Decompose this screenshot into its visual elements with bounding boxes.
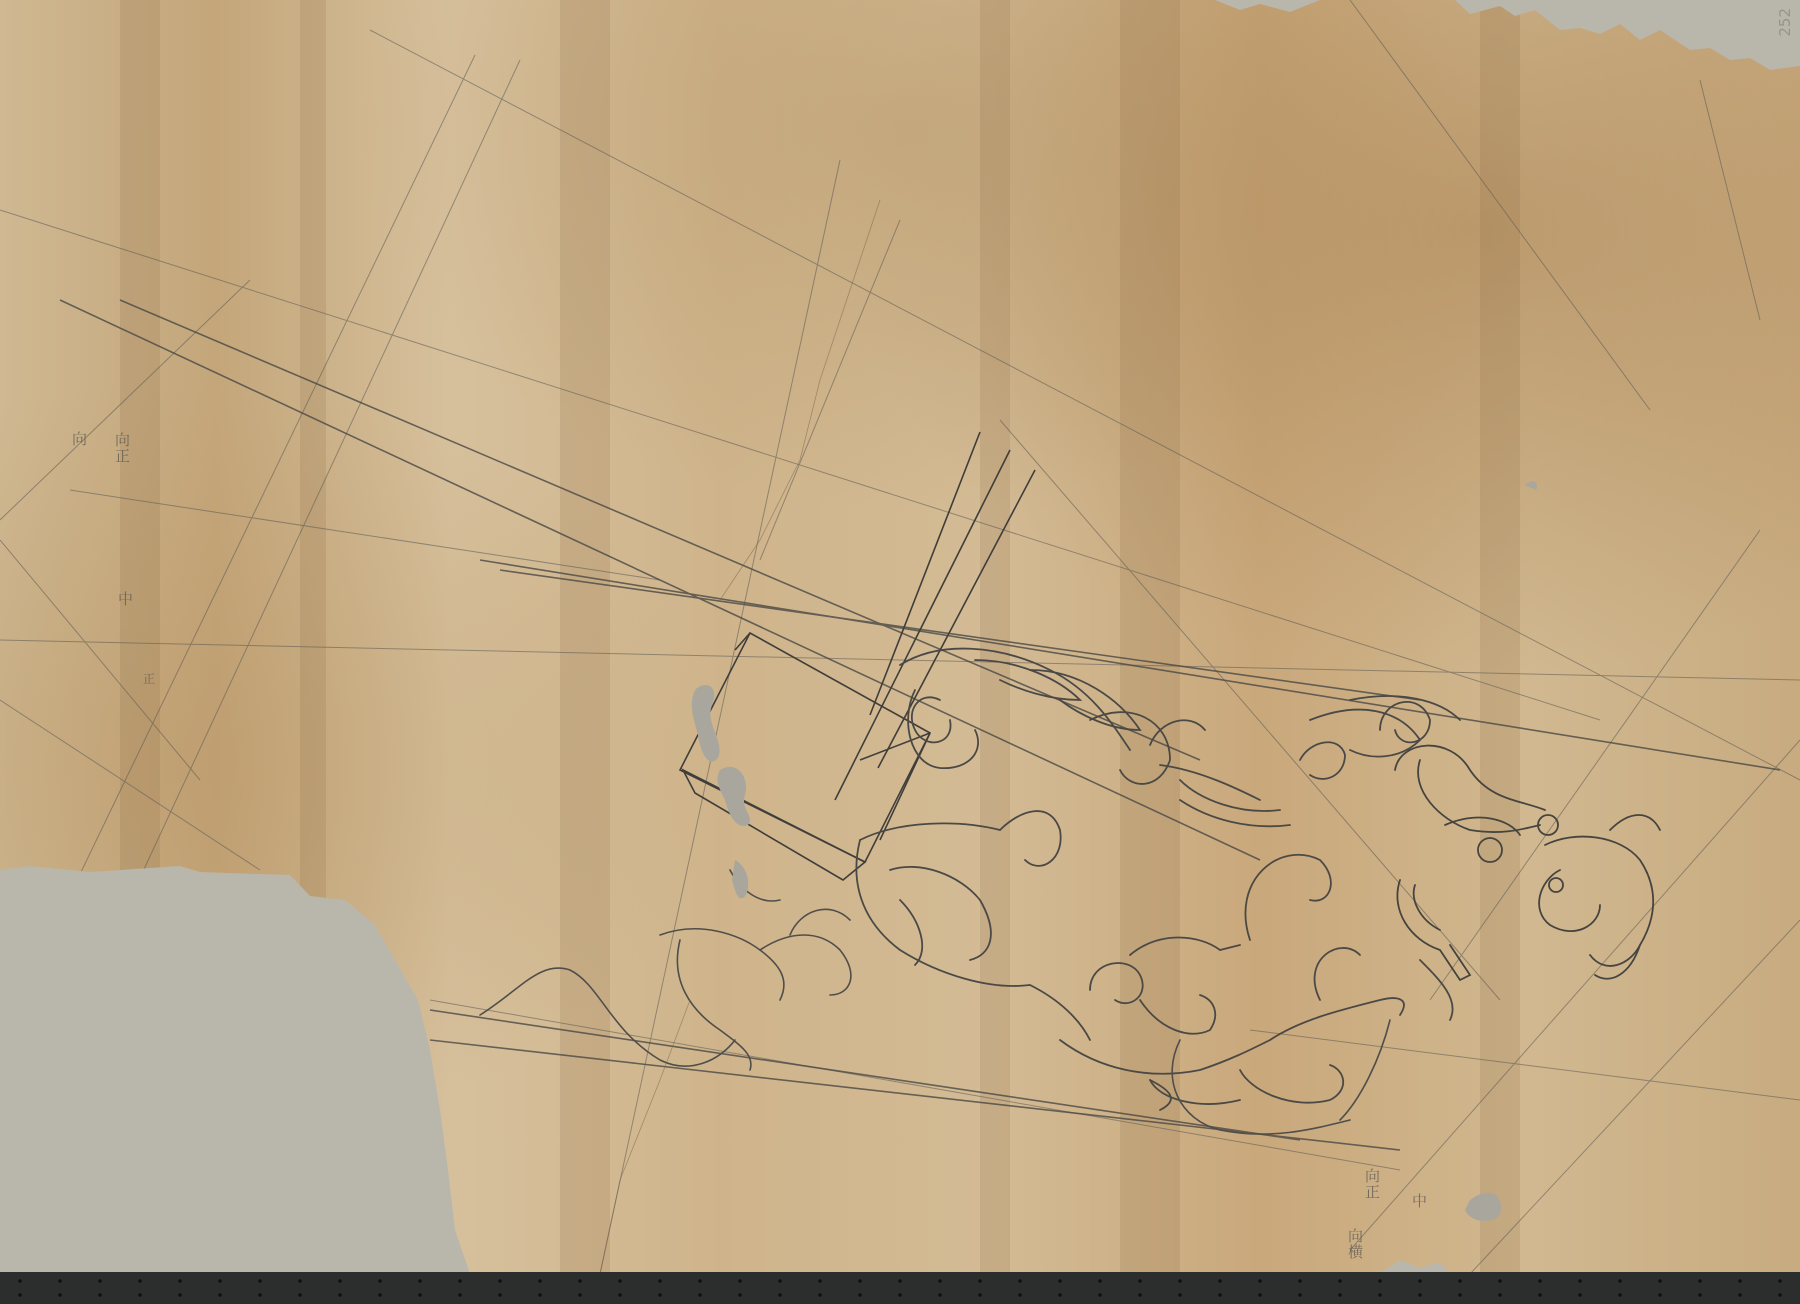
annotation-left-2: 向正 xyxy=(112,432,133,464)
annotation-left-4: 正 xyxy=(143,670,155,687)
page-number-mark: 252 xyxy=(1776,8,1794,37)
annotation-left-1: 向 xyxy=(72,428,87,449)
paper-sheet xyxy=(0,0,1800,1274)
scanned-drawing: 向 向正 中 正 向正 中 向横 252 xyxy=(0,0,1800,1304)
annotation-bottom-right-3: 向横 xyxy=(1345,1228,1366,1260)
annotation-bottom-right-2: 中 xyxy=(1412,1190,1427,1211)
perforated-cutting-mat xyxy=(0,1272,1800,1304)
annotation-left-3: 中 xyxy=(118,588,133,609)
annotation-bottom-right-1: 向正 xyxy=(1362,1168,1383,1200)
